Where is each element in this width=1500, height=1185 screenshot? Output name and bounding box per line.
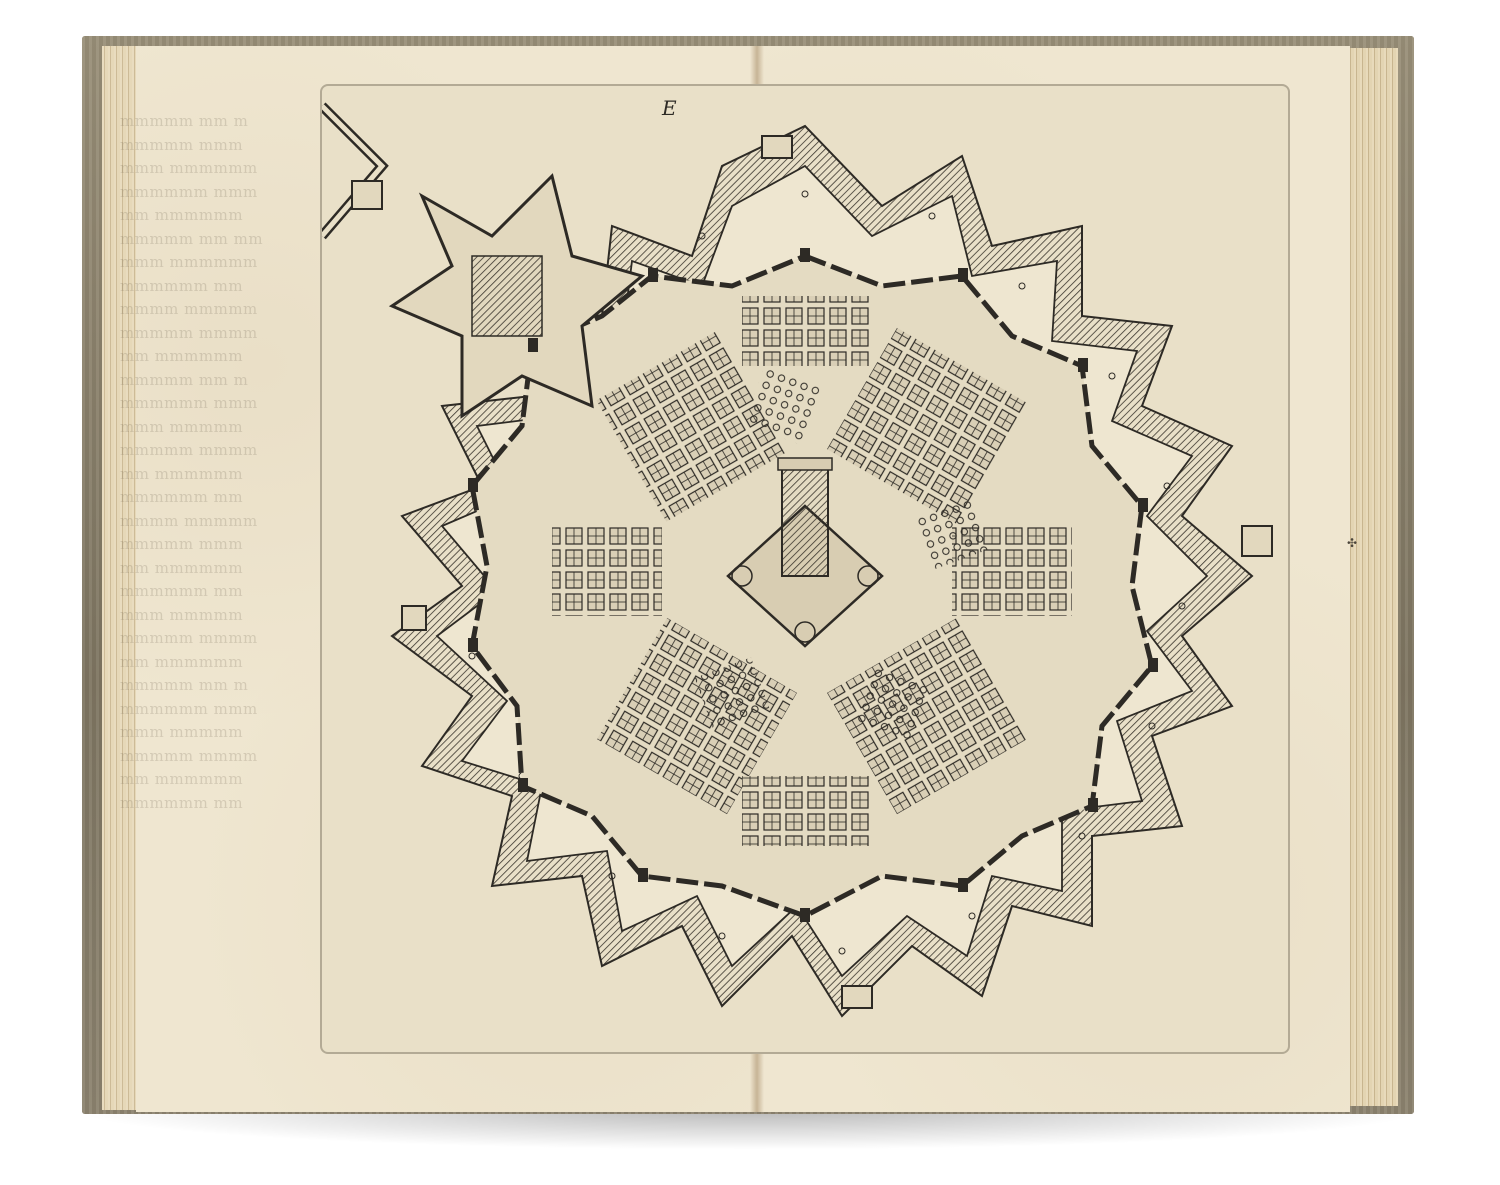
margin-ink-mark: ✣	[1347, 536, 1357, 550]
plate-letter-label: E	[662, 96, 677, 120]
page-edges-right	[1348, 48, 1398, 1106]
engraved-plate	[320, 84, 1290, 1054]
fortress-plan-illustration	[322, 86, 1288, 1052]
book-shadow	[70, 1110, 1430, 1150]
